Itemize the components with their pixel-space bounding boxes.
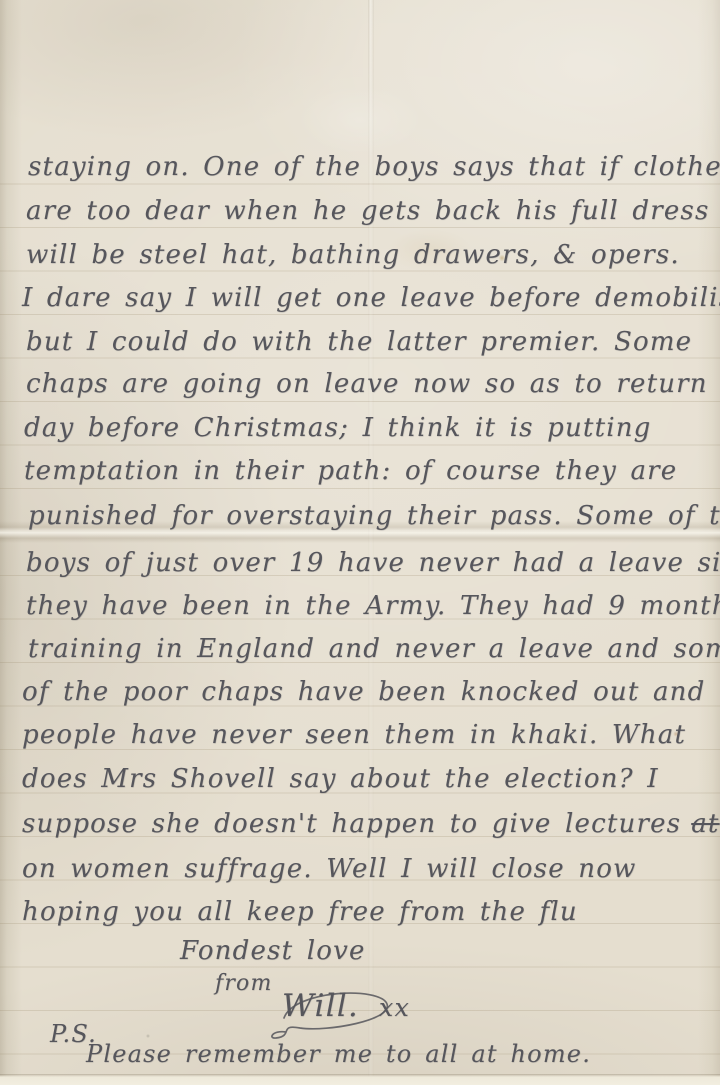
letter-line: but I could do with the latter premier. …	[26, 327, 692, 357]
letter-line: on women suffrage. Well I will close now	[22, 854, 637, 884]
letter-line: Please remember me to all at home.	[86, 1040, 591, 1068]
line-text: people have never seen them in khaki. Wh…	[22, 720, 686, 750]
line-text: from	[215, 971, 273, 996]
letter-line: boys of just over 19 have never had a le…	[26, 548, 720, 578]
line-text: training in England and never a leave an…	[28, 634, 720, 664]
letter-line: of the poor chaps have been knocked out …	[22, 677, 720, 707]
line-text: Fondest love	[180, 936, 366, 966]
line-text: I dare say I will get one leave before d…	[22, 283, 720, 313]
signature-line: Will.xx	[282, 988, 410, 1024]
letter-line: temptation in their path: of course they…	[24, 456, 677, 486]
line-text: does Mrs Shovell say about the election?…	[22, 764, 659, 794]
struck-word: at	[691, 809, 719, 839]
line-text: they have been in the Army. They had 9 m…	[26, 591, 720, 621]
line-text: Please remember me to all at home.	[86, 1040, 591, 1068]
letter-line: hoping you all keep free from the flu	[22, 897, 578, 927]
letter-line: I dare say I will get one leave before d…	[22, 283, 720, 313]
line-text: are too dear when he gets back his full …	[26, 196, 710, 226]
letter-lines: staying on. One of the boys says that if…	[0, 0, 720, 1085]
letter-line: people have never seen them in khaki. Wh…	[22, 720, 686, 750]
letter-line: suppose she doesn't happen to give lectu…	[22, 809, 720, 839]
line-text: but I could do with the latter premier. …	[26, 327, 692, 357]
letter-line: from	[215, 971, 273, 996]
signature-kisses: xx	[379, 992, 410, 1022]
line-text: staying on. One of the boys says that if…	[28, 152, 720, 182]
line-text: Will.	[282, 988, 359, 1024]
line-text: will be steel hat, bathing drawers, & op…	[26, 240, 680, 270]
letter-line: punished for overstaying their pass. Som…	[28, 501, 720, 531]
letter-line: are too dear when he gets back his full …	[26, 196, 710, 226]
line-text: punished for overstaying their pass. Som…	[28, 501, 720, 531]
letter-line: training in England and never a leave an…	[28, 634, 720, 664]
letter-line: they have been in the Army. They had 9 m…	[26, 591, 720, 621]
letter-line: chaps are going on leave now so as to re…	[26, 369, 720, 399]
letter-line: day before Christmas; I think it is putt…	[24, 413, 652, 443]
letter-page: staying on. One of the boys says that if…	[0, 0, 720, 1085]
letter-line: will be steel hat, bathing drawers, & op…	[26, 240, 680, 270]
letter-line: staying on. One of the boys says that if…	[28, 152, 720, 182]
line-text: chaps are going on leave now so as to re…	[26, 369, 720, 399]
letter-line: does Mrs Shovell say about the election?…	[22, 764, 659, 794]
letter-line: Fondest love	[180, 936, 366, 966]
line-text: on women suffrage. Well I will close now	[22, 854, 637, 884]
line-text: hoping you all keep free from the flu	[22, 897, 578, 927]
line-text: suppose she doesn't happen to give lectu…	[22, 809, 681, 839]
line-text: day before Christmas; I think it is putt…	[24, 413, 652, 443]
line-text: boys of just over 19 have never had a le…	[26, 548, 720, 578]
line-text: temptation in their path: of course they…	[24, 456, 677, 486]
line-text: of the poor chaps have been knocked out …	[22, 677, 720, 707]
